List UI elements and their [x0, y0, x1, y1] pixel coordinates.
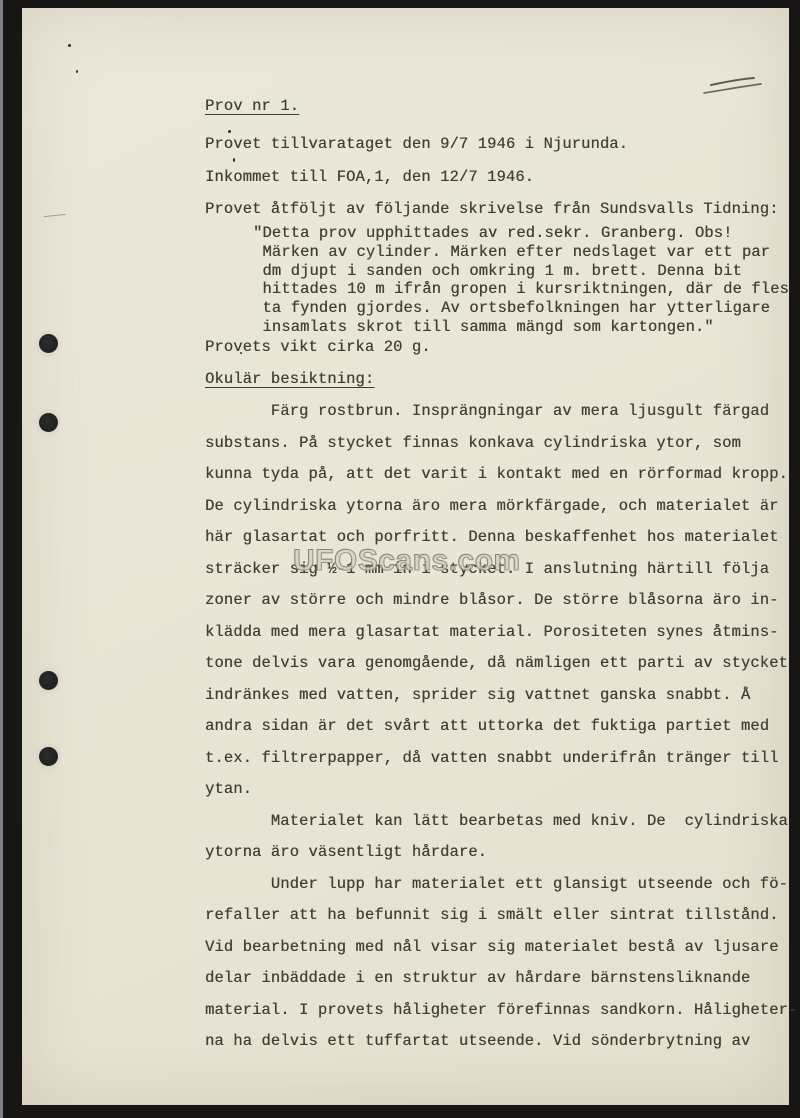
quote-line: Märken av cylinder. Märken efter nedslag… — [253, 243, 789, 262]
section-heading: Okulär besiktning: — [205, 370, 374, 388]
body-line: Färg rostbrun. Insprängningar av mera lj… — [205, 396, 797, 428]
body-text: Färg rostbrun. Insprängningar av mera lj… — [205, 396, 797, 1058]
body-line: Materialet kan lätt bearbetas med kniv. … — [205, 806, 797, 838]
body-line: sträcker sig ½-1 mm in i stycket. I ansl… — [205, 554, 797, 586]
quote-line: hittades 10 m ifrån gropen i kursriktnin… — [253, 280, 789, 299]
body-line: refaller att ha befunnit sig i smält ell… — [205, 900, 797, 932]
body-line: kunna tyda på, att det varit i kontakt m… — [205, 459, 797, 491]
quote-line: "Detta prov upphittades av red.sekr. Gra… — [253, 224, 789, 243]
quote-line: dm djupt i sanden och omkring 1 m. brett… — [253, 262, 789, 281]
body-line: klädda med mera glasartat material. Poro… — [205, 617, 797, 649]
body-line: zoner av större och mindre blåsor. De st… — [205, 585, 797, 617]
handwritten-mark — [695, 72, 775, 104]
dust-speck — [228, 130, 231, 133]
quote-line: ta fynden gjordes. Av ortsbefolkningen h… — [253, 299, 789, 318]
scanned-document: Prov nr 1. Provet tillvarataget den 9/7 … — [0, 0, 800, 1118]
body-line: material. I provets håligheter förefinna… — [205, 995, 797, 1027]
body-line: ytan. — [205, 774, 797, 806]
body-line: t.ex. filtrerpapper, då vatten snabbt un… — [205, 743, 797, 775]
body-line: Vid bearbetning med nål visar sig materi… — [205, 932, 797, 964]
body-line: här glasartat och porfritt. Denna beskaf… — [205, 522, 797, 554]
body-line: ytorna äro väsentligt hårdare. — [205, 837, 797, 869]
scan-scratch — [44, 214, 66, 217]
dust-speck — [233, 158, 235, 162]
punch-hole — [39, 334, 58, 353]
body-line: delar inbäddade i en struktur av hårdare… — [205, 963, 797, 995]
quote-line: insamlats skrot till samma mängd som kar… — [253, 318, 789, 337]
sample-weight-line: Provets vikt cirka 20 g. — [205, 338, 431, 356]
body-line: indränkes med vatten, sprider sig vattne… — [205, 680, 797, 712]
body-line: andra sidan är det svårt att uttorka det… — [205, 711, 797, 743]
punch-hole — [39, 413, 58, 432]
punch-hole — [39, 671, 58, 690]
body-line: De cylindriska ytorna äro mera mörkfärga… — [205, 491, 797, 523]
scan-edge-strip — [0, 0, 3, 1118]
body-line: na ha delvis ett tuffartat utseende. Vid… — [205, 1026, 797, 1058]
meta-line-cover-letter: Provet åtföljt av följande skrivelse frå… — [205, 200, 779, 218]
punch-hole — [39, 747, 58, 766]
dust-speck — [68, 44, 71, 47]
document-page: Prov nr 1. Provet tillvarataget den 9/7 … — [22, 8, 789, 1105]
body-line: substans. På stycket finnas konkava cyli… — [205, 428, 797, 460]
document-title: Prov nr 1. — [205, 97, 299, 115]
dust-speck — [76, 70, 78, 73]
quotation-block: "Detta prov upphittades av red.sekr. Gra… — [253, 224, 789, 337]
body-line: tone delvis vara genomgående, då nämlige… — [205, 648, 797, 680]
meta-line-received: Inkommet till FOA,1, den 12/7 1946. — [205, 168, 534, 186]
meta-line-collected: Provet tillvarataget den 9/7 1946 i Njur… — [205, 135, 628, 153]
body-line: Under lupp har materialet ett glansigt u… — [205, 869, 797, 901]
